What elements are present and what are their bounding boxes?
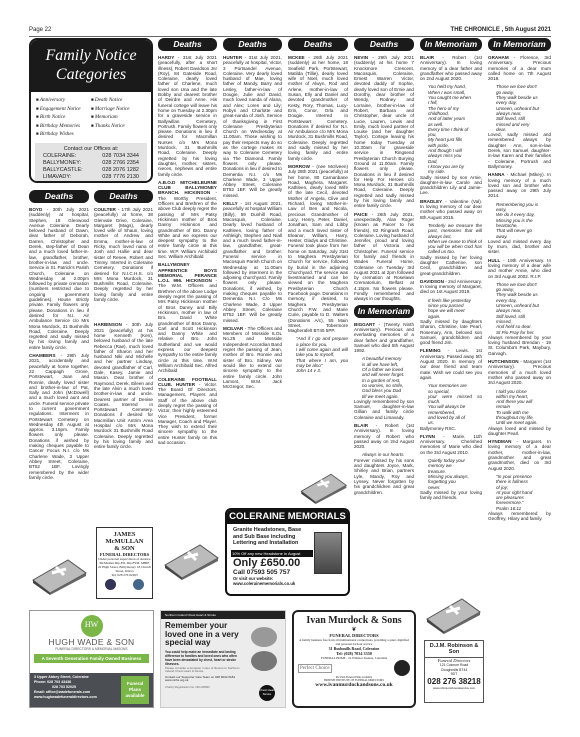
flynn-verse: Quietly today yourmemory wetreasure.Miss… (420, 458, 482, 490)
deaths-column-4: Deaths HUNTER - 31st July 2021, peaceful… (223, 38, 282, 508)
ad-phone: 028 276 38218 (425, 677, 483, 686)
notice-blair-2: BLAIR - Robert (1st Anniversary). In lov… (354, 423, 414, 449)
office-row: BALLYMONEY:028 2766 2354 (43, 160, 139, 167)
ad-subtitle: FUNERAL DIRECTORS & MEMORIAL MASONS (30, 647, 153, 651)
blair-2-signoff: Forever missed by his sons and daughters… (354, 458, 414, 495)
bradley-signoff: Sadly missed by her loving daughter Cath… (420, 255, 482, 276)
heart-graphic-icon (251, 651, 277, 671)
hull-verse: Those we love don'tgo away,They walk bes… (488, 282, 551, 335)
notice-harbinson: HARBINSON - 30th July 2021 (peacefully) … (94, 322, 153, 449)
deaths-banner: Deaths (223, 38, 282, 51)
memoriam-column-1: In Memoriam BLAIR - Robert (1st Annivers… (420, 38, 482, 578)
fleming-signoff: Ballymoney RSC. (420, 426, 482, 431)
office-row: LIMAVADY:028 7776 2130 (43, 174, 139, 181)
category-item: Memoriam (91, 113, 146, 122)
notice-hyndman: HYNDMAN - Margaret. In loving memory of … (488, 439, 551, 471)
hanna-verse: Remembering you iseasy,We do it every da… (488, 202, 551, 239)
perfect-choice-logo: Perfect Choice (298, 664, 332, 673)
notice-hunter: HUNTER - 31st July 2021, peacefully at h… (223, 55, 282, 198)
notice-graham: GRAHAM - Florence, 3rd Anniversary. Prec… (488, 55, 551, 81)
office-phone: 028 7034 3344 (102, 153, 139, 160)
notice-nevin: NEVIN - 29th July 2021 (suddenly) at his… (354, 55, 414, 209)
coleraine-memorials-ad: COLERAINE MEMORIALS Granite Headstones, … (225, 508, 350, 596)
notice-chambers: CHAMBERS - 29th July 2021, accidentally … (29, 353, 89, 480)
deaths-column-1: Deaths BOYD - 30th July 2021 (suddenly) … (29, 190, 89, 515)
notice-coulter: COULTER - 17th July 2021 (peacefully) at… (94, 207, 153, 302)
category-list: Anniversary Death Notice Engagement Noti… (31, 92, 151, 143)
notice-ballymoney: BALLYMONEY APPRENTICE BOYS MEMORIAL PERA… (158, 262, 217, 373)
hugh-wade-logo-icon: HW (81, 615, 103, 637)
category-item: Birth Notice (36, 113, 91, 122)
notice-hull: HULL - 19th Anniversary. In loving memor… (488, 258, 551, 279)
memoriam-column-2: In Memoriam GRAHAM - Florence, 3rd Anniv… (488, 38, 551, 708)
ad-top-banner: Northern Ireland Chest Heart & Stroke (161, 611, 285, 619)
notice-mckee: MCKEE - 26th July 2021 (suddenly) at her… (288, 55, 348, 161)
categories-title: Family Notice Categories (31, 40, 151, 92)
selected-badge-icon (133, 579, 144, 590)
notice-boyd: BOYD - 30th July 2021 (suddenly) at hosp… (29, 207, 89, 350)
office-phone: 028 7776 2130 (102, 174, 139, 181)
ad-title: HUGH WADE & SON (30, 637, 153, 647)
deaths-column-6: Deaths NEVIN - 29th July 2021 (suddenly)… (354, 38, 414, 598)
hutchinson-verse: I told you closewithin my heart,And ther… (488, 389, 551, 426)
in-memoriam-banner: In Memoriam (420, 38, 482, 51)
ad-website-link[interactable]: www.colerainememorials.co.uk (233, 581, 348, 586)
office-row: COLERAINE:028 7034 3344 (43, 153, 139, 160)
deaths-column-5: Deaths MCKEE - 26th July 2021 (suddenly)… (288, 38, 348, 488)
notice-paice: PAICE - 26th July 2021, unexpectedly, Al… (354, 212, 414, 302)
title-line-2: Categories (31, 65, 151, 84)
office-name: BALLYCASTLE: (43, 167, 83, 174)
ad-title: Ivan Murdock & Sons (294, 615, 414, 626)
category-item: Anniversary (36, 96, 91, 105)
deaths-banner: Deaths (29, 190, 89, 203)
morrow-verse: "And if I go and prepare a place for you… (288, 336, 348, 373)
office-name: LIMAVADY: (43, 174, 71, 181)
notice-morrow: MORROW - (nee McIlveen) July 28th 2021 (… (288, 164, 348, 334)
ad-banner: A Seventh Generation Family Owned Busine… (34, 654, 149, 663)
hugh-wade-ad: HW HUGH WADE & SON FUNERAL DIRECTORS & M… (29, 610, 154, 708)
hanna-signoff: Loved and missed every day by mum, dad, … (488, 239, 551, 255)
notice-fleming: FLEMING - Lewis. 1st Anniversary. Passed… (420, 348, 482, 380)
davidson-verse: It feels like yesterdaysince you passedh… (420, 298, 482, 319)
fleming-verse: Your memories areso special,your were mi… (420, 383, 482, 425)
notice-biggart: BIGGART - (Twenty Ninth Anniversary). Pr… (354, 322, 414, 354)
page-header: Page 22 THE CHRONICLE , 5th August 2021 (29, 25, 551, 37)
contact-offices: Contact our Offices at: COLERAINE:028 70… (35, 143, 147, 184)
notice-abod: A.B.O.D MITCHELBURNE CLUB BALLYMONEY BRA… (158, 180, 217, 259)
heart-graphic-icon (251, 627, 277, 647)
ad-sub: Please consider a donation in lieu of fl… (161, 666, 245, 675)
masthead: THE CHRONICLE , 5th August 2021 (451, 27, 551, 33)
ad-title: D.J.M. Robinson & Son (425, 641, 483, 658)
deaths-column-2: Deaths COULTER - 17th July 2021 (peacefu… (94, 190, 153, 510)
notice-blair: BLAIR - Robert (1st Anniversary). In lov… (420, 55, 482, 81)
bible-icon (160, 540, 220, 580)
crest-icon (394, 660, 410, 676)
deaths-banner: Deaths (158, 38, 217, 51)
category-item: Birthday Memories (36, 122, 91, 131)
funeral-plans-badge: Funeral Plans available (121, 676, 149, 704)
in-memoriam-banner: In Memoriam (354, 305, 414, 318)
ad-title: JAMES McMULLAN (97, 531, 152, 545)
hyndman-verse: "In your presencethere is fullnessof joy… (488, 474, 551, 511)
ad-title-2: & SON (97, 545, 152, 552)
ad-contact: Contact our Supporter Care Team on 028 9… (161, 675, 245, 684)
headstone-icon (314, 532, 342, 574)
graham-verse: Those we love don'tgo away,They walk bes… (488, 84, 551, 132)
ad-website-link[interactable]: www.ivanmurdockandsons.co.uk (294, 682, 414, 688)
office-phone: 028 2766 2354 (102, 160, 139, 167)
djm-robinson-ad: D.J.M. Robinson & Son Funeral Directors … (424, 640, 484, 703)
family-notice-categories-box: Family Notice Categories Anniversary Dea… (29, 38, 153, 183)
ad-website-link[interactable]: www.robinsonsfuneralservice.com (425, 686, 483, 690)
bradley-verse: Tenderly we treasure the past, memories … (420, 223, 482, 255)
office-row: BALLYCASTLE:028 2076 1282 (43, 167, 139, 174)
biggart-signoff: Lovingly remembered by son Samuel, daugh… (354, 399, 414, 420)
notice-hardy: HARDY - 31st July 2021 (peacefully, afte… (158, 55, 217, 177)
hull-signoff: Always remembered by your loving husband… (488, 335, 551, 356)
notice-hutchinson: HUTCHINSON - Margaret (1st Anniversary).… (488, 359, 551, 385)
chest-heart-stroke-logo: Chest Heart Stroke (259, 685, 275, 701)
office-name: BALLYMONEY: (43, 160, 81, 167)
deaths-banner: Deaths (288, 38, 348, 51)
blair-verse: You held my hand,When I was small,You ca… (420, 84, 482, 174)
graham-signoff: Loved, sadly missed and remembered alway… (488, 132, 551, 169)
ad-offer: 10% Off any new Headstone in August (231, 550, 313, 557)
ad-headline: Remember your loved one in a very specia… (161, 619, 251, 650)
ad-address: 22 High Street, Ballymoney 18 Church Str… (97, 565, 152, 573)
notice-davidson: DAVIDSON - 2nd Anniversary. In loving me… (420, 279, 482, 295)
deaths-banner: Deaths (94, 190, 153, 203)
ad-phone: Tel: 028 276 62265 (97, 573, 152, 577)
office-phone: 028 2076 1282 (102, 167, 139, 174)
notice-kelly: KELLY - 1st August 2021, peacefully at h… (223, 201, 282, 323)
title-line-1: Family Notice (31, 46, 151, 65)
ad-contact-panel: 3 Upper Abbey Street, Coleraine Phone: 0… (30, 673, 153, 707)
ivan-murdock-ad: Ivan Murdock & Sons ❦ FUNERAL DIRECTORS … (292, 610, 416, 708)
notice-flynn: FLYNN - Marie. 11th Anniversary. Cherish… (420, 434, 482, 455)
bible-icon (28, 555, 88, 595)
page-number: Page 22 (29, 27, 51, 33)
contact-title: Contact our Offices at: (43, 146, 139, 153)
crest-icon (105, 579, 116, 590)
nichs-ad: Northern Ireland Chest Heart & Stroke Re… (160, 610, 286, 708)
bible-icon (295, 470, 350, 504)
blair-signoff: Sadly missed by son Arnie, daughter-in-l… (420, 175, 482, 196)
notice-mcilvar: MCILVAR - The Officers and Members of Mo… (223, 326, 282, 390)
biggart-verse: A beautiful memoryis all we have left,Of… (354, 356, 414, 398)
davidson-signoff: Sadly missed by daughters Sharon, Christ… (420, 319, 482, 345)
notice-cfc: COLERAINE FOOTBALL CLUB. HUNTER - Victor… (158, 377, 217, 446)
category-item: Engagement Notice (36, 105, 91, 114)
ad-description: A family business free from all multinat… (294, 638, 414, 646)
in-memoriam-banner: In Memoriam (488, 38, 551, 51)
ad-supervision: Under personal supervision of Andrew McM… (97, 557, 152, 565)
deaths-banner: Deaths (354, 38, 414, 51)
hyndman-signoff: Always remembered by Geoffrey, Hilary an… (488, 511, 551, 522)
notice-bradley: BRADLEY - Valentine (Val). In loving mem… (420, 199, 482, 220)
notice-hanna: HANNA - Michael (Mikey). In loving memor… (488, 172, 551, 198)
category-item: Death Notice (91, 96, 146, 105)
ad-description: Granite Headstones, Base and Sub Base in… (227, 524, 317, 550)
category-item: Marriage Notice (91, 105, 146, 114)
category-item: Thanks Notice (91, 122, 146, 131)
ad-address: 121 Culcrum Road Cloughmills BT44 9DT (425, 663, 483, 677)
flourish-icon: ❦ (294, 626, 414, 633)
james-mcmullan-ad: JAMES McMULLAN & SON FUNERAL DIRECTORS U… (96, 527, 153, 599)
category-item: Birthday Wishes (36, 130, 91, 139)
hutchinson-signoff: Always loved and missed by daughter Pear… (488, 426, 551, 437)
bible-icon (422, 594, 482, 634)
ad-body: You could help make an immediate and las… (161, 650, 245, 666)
ad-title: COLERAINE MEMORIALS (227, 510, 348, 524)
office-name: COLERAINE: (43, 153, 76, 160)
flynn-signoff: Sadly missed by your loving family and f… (420, 490, 482, 501)
deaths-column-3: Deaths HARDY - 31st July 2021 (peacefull… (158, 38, 217, 516)
